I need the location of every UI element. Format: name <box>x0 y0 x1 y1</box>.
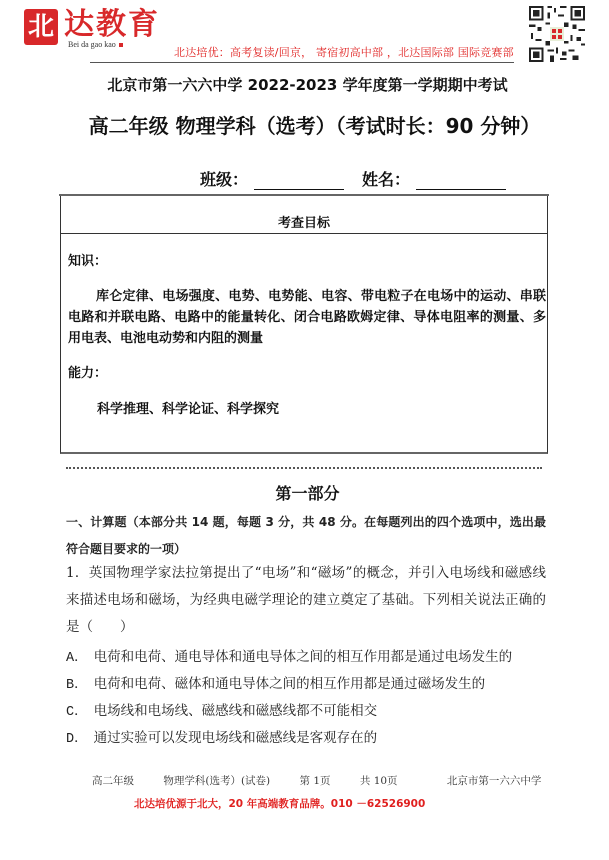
option-d: D．通过实验可以发现电场线和磁感线是客观存在的 <box>66 726 377 747</box>
page-footer: 高二年级 物理学科(选考）(试卷) 第 1页 共 10页 北京市第一六六中学 <box>92 773 567 788</box>
option-text: 电场线和电场线、磁感线和磁感线都不可能相交 <box>94 703 378 719</box>
footer-page: 第 1页 <box>299 775 330 787</box>
footer-grade: 高二年级 <box>92 775 134 787</box>
footer-ad: 北达培优源于北大，20 年高端教育品牌。010 －62526900 <box>134 796 425 811</box>
logo-text: 达教育 <box>64 8 160 42</box>
option-text: 电荷和电荷、通电导体和通电导体之间的相互作用都是通过电场发生的 <box>94 649 513 665</box>
option-letter: D． <box>66 732 88 747</box>
knowledge-text: 库仑定律、电场强度、电势、电势能、电容、带电粒子在电场中的运动、串联电路和并联电… <box>68 286 546 349</box>
knowledge-label: 知识： <box>68 250 107 269</box>
header-slogan: 北达培优：高考复读/回京， 寄宿初高中部 ，北达国际部 国际竞赛部 <box>174 44 514 60</box>
exam-title: 北京市第一六六中学 2022-2023 学年度第一学期期中考试 <box>0 74 609 95</box>
footer-school: 北京市第一六六中学 <box>447 775 542 787</box>
qr-code-icon <box>527 4 587 64</box>
logo-seal: 北 <box>24 9 58 45</box>
red-square-icon <box>119 43 123 47</box>
class-label: 班级： <box>200 170 248 189</box>
section-title: 第一部分 <box>0 481 609 504</box>
option-text: 通过实验可以发现电场线和磁感线是客观存在的 <box>94 730 378 746</box>
name-field[interactable] <box>416 173 506 190</box>
option-letter: A． <box>66 651 88 666</box>
objectives-heading: 考查目标 <box>61 196 547 234</box>
objectives-box: 考查目标 知识： 库仑定律、电场强度、电势、电势能、电容、带电粒子在电场中的运动… <box>60 196 548 454</box>
footer-subject: 物理学科(选考）(试卷) <box>163 775 270 787</box>
option-text: 电荷和电荷、磁体和通电导体之间的相互作用都是通过磁场发生的 <box>94 676 486 692</box>
header-divider <box>90 62 514 63</box>
option-c: C．电场线和电场线、磁感线和磁感线都不可能相交 <box>66 699 377 720</box>
ability-text: 科学推理、科学论证、科学探究 <box>97 398 279 417</box>
option-letter: B． <box>66 678 88 693</box>
option-b: B．电荷和电荷、磁体和通电导体之间的相互作用都是通过磁场发生的 <box>66 672 485 693</box>
logo-subtitle: Bei da gao kao <box>68 40 123 49</box>
option-letter: C． <box>66 705 88 720</box>
section-divider <box>66 467 542 469</box>
section-instructions: 一、计算题（本部分共 14 题，每题 3 分，共 48 分。在每题列出的四个选项… <box>66 509 546 563</box>
exam-subtitle: 高二年级 物理学科（选考）（考试时长：90 分钟） <box>0 110 609 139</box>
name-label: 姓名： <box>362 170 410 189</box>
option-a: A．电荷和电荷、通电导体和通电导体之间的相互作用都是通过电场发生的 <box>66 645 512 666</box>
class-field[interactable] <box>254 173 344 190</box>
question-1-stem: 1．英国物理学家法拉第提出了“电场”和“磁场”的概念，并引入电场线和磁感线来描述… <box>66 560 546 641</box>
ability-label: 能力： <box>68 362 107 381</box>
student-info-row: 班级：姓名： <box>200 167 524 190</box>
footer-total: 共 10页 <box>360 775 398 787</box>
logo-subtitle-text: Bei da gao kao <box>68 40 116 49</box>
